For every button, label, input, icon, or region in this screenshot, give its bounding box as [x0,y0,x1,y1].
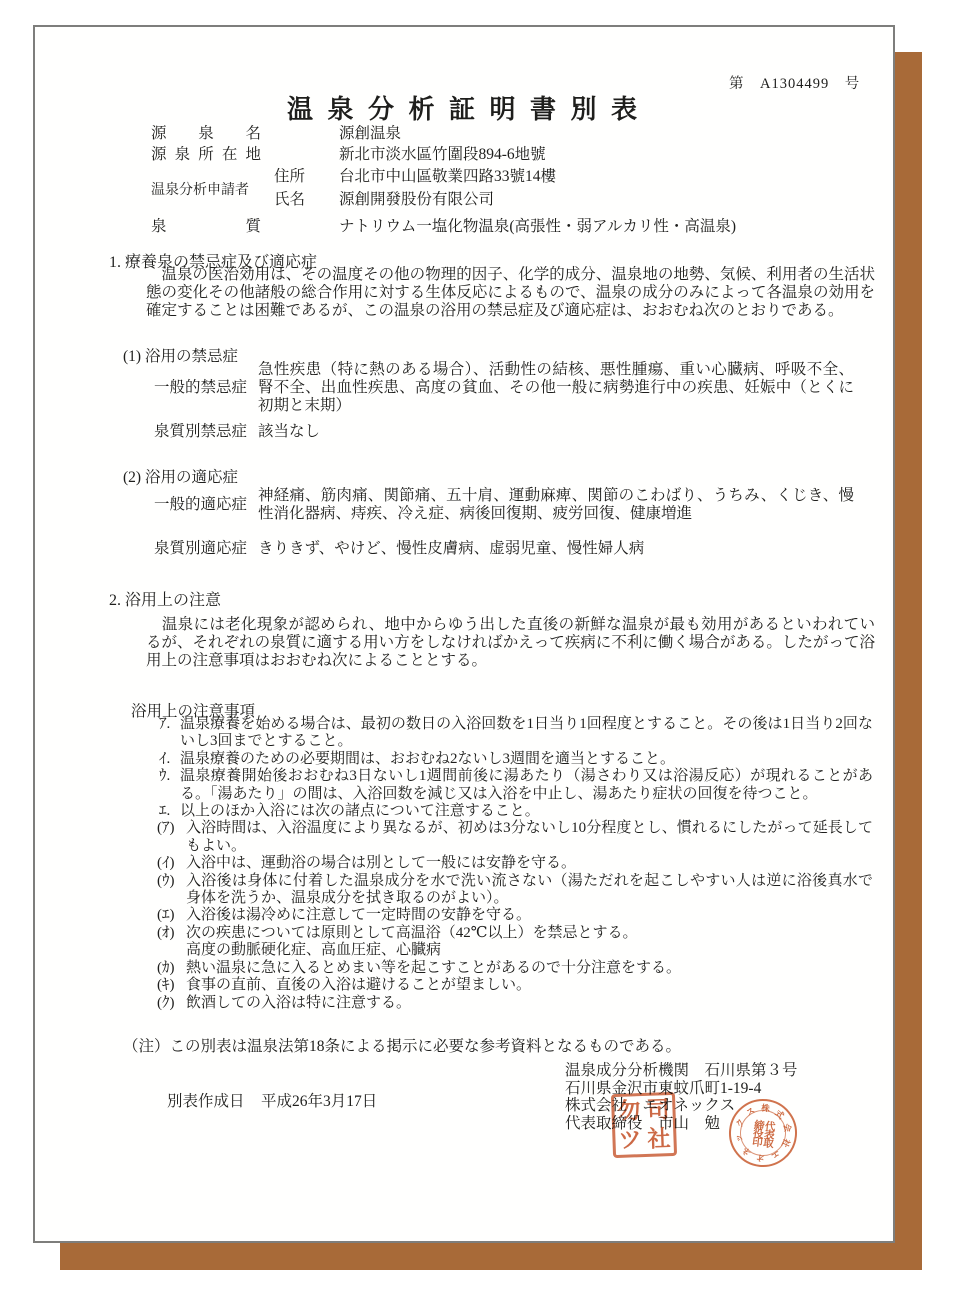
seal-glyph: 勿 [617,1098,641,1125]
created-date-row: 別表作成日 平成26年3月17日 [167,1089,377,1111]
item-text: 入浴後は身体に付着した温泉成分を水で洗い流さない（湯ただれを起こしやすい人は逆に… [186,873,873,908]
item-text: 次の疾患については原則として高温浴（42℃以上）を禁忌とする。 [186,925,873,942]
agency-address: 石川県金沢市東蚊爪町1-19-4 [565,1080,798,1098]
applicant-rows: 住所 台北市中山區敬業四路33號14樓 氏名 源創開發股份有限公司 [274,168,556,214]
item-marker: (ｶ) [157,960,186,977]
spring-quality-value: ナトリウム一塩化物温泉(高張性・弱アルカリ性・高温泉) [339,218,736,236]
general-indications-row: 一般的適応症 神経痛、筋肉痛、関節痛、五十肩、運動麻痺、関節のこわばり、うちみ、… [154,487,854,523]
list-item: (ｸ)飲酒しての入浴は特に注意する。 [157,995,873,1012]
item-text: 温泉療養開始後おおむね3日ないし1週間前後に湯あたり（湯さわり又は浴湯反応）が現… [180,768,873,803]
list-item: ｴ.以上のほか入浴には次の諸点について注意すること。 [159,803,873,820]
company-square-seal: 勿 司 ツ 社 [611,1092,677,1158]
list-item: ｱ.温泉療養を始める場合は、最初の数日の入浴回数を1日当り1回程度とすること。そ… [159,716,873,751]
item-text: 熱い温泉に急に入るとめまい等を起こすことがあるので十分注意をする。 [186,960,873,977]
notes-list: ｱ.温泉療養を始める場合は、最初の数日の入浴回数を1日当り1回程度とすること。そ… [159,716,873,1012]
general-indications-text: 神経痛、筋肉痛、関節痛、五十肩、運動麻痺、関節のこわばり、うちみ、くじき、慢性消… [258,487,854,523]
item-marker: ｴ. [159,803,180,820]
quality-indications-text: きりきず、やけど、慢性皮膚病、虚弱児童、慢性婦人病 [258,540,854,558]
spring-quality-label: 泉質 [151,218,261,236]
item-marker: (ｸ) [157,995,186,1012]
quality-contraindications-text: 該当なし [258,423,854,441]
list-item: (ｱ)入浴時間は、入浴温度により異なるが、初めは3分ないし10分程度とし、慣れる… [157,820,873,855]
section2-heading: 2. 浴用上の注意 [109,587,221,610]
item-marker: ｱ. [159,716,180,751]
item-marker: ｳ. [159,768,180,803]
name-value: 源創開發股份有限公司 [339,191,494,209]
agency-line: 温泉成分分析機関 石川県第３号 [565,1062,798,1080]
item-text: 飲酒しての入浴は特に注意する。 [186,995,873,1012]
item-marker: (ｲ) [157,855,186,872]
list-item: (ｵ)次の疾患については原則として高温浴（42℃以上）を禁忌とする。 [157,925,873,942]
created-date-value: 平成26年3月17日 [261,1089,377,1111]
sub2-heading: (2) 浴用の適応症 [123,465,238,487]
general-indications-label: 一般的適応症 [154,496,258,514]
applicant-group: 温泉分析申請者 住所 台北市中山區敬業四路33號14樓 氏名 源創開發股份有限公… [151,168,736,214]
item-marker: (ｵ) [157,925,186,942]
source-name-value: 源創温泉 [339,125,401,143]
item-text: 入浴中は、運動浴の場合は別として一般には安静を守る。 [186,855,873,872]
note-line: （注）この別表は温泉法第18条による掲示に必要な参考資料となるものである。 [123,1034,681,1056]
item-text: 入浴時間は、入浴温度により異なるが、初めは3分ないし10分程度とし、慣れるにした… [186,820,873,855]
list-item: (ｴ)入浴後は湯冷めに注意して一定時間の安静を守る。 [157,907,873,924]
section2-intro: 温泉には老化現象が認められ、地中からゆう出した直後の新鮮な温泉が最も効用があると… [146,616,875,670]
quality-indications-label: 泉質別適応症 [154,540,258,558]
item-marker: (ｳ) [157,873,186,908]
address-value: 台北市中山區敬業四路33號14樓 [339,168,556,186]
page-title: 温 泉 分 析 証 明 書 別 表 [35,89,893,126]
general-contraindications-row: 一般的禁忌症 急性疾患（特に熱のある場合）、活動性の結核、悪性腫瘍、重い心臓病、… [154,361,854,415]
source-location-label: 源泉所在地 [151,146,261,164]
seal-glyph: 社 [647,1126,671,1153]
seal-glyph: ツ [618,1127,642,1154]
section1-intro: 温泉の医治効用は、その温度その他の物理的因子、化学的成分、温泉地の地勢、気候、利… [146,266,875,320]
applicant-name-row: 氏名 源創開發股份有限公司 [274,191,556,209]
applicant-address-row: 住所 台北市中山區敬業四路33號14樓 [274,168,556,186]
quality-contraindications-row: 泉質別禁忌症 該当なし [154,423,854,441]
item-text: 入浴後は湯冷めに注意して一定時間の安静を守る。 [186,907,873,924]
created-date-label: 別表作成日 [167,1089,245,1111]
item-marker: ｲ. [159,751,180,768]
source-location-value: 新北市淡水區竹圍段894-6地號 [339,146,546,164]
quality-contraindications-label: 泉質別禁忌症 [154,423,258,441]
general-contraindications-text: 急性疾患（特に熱のある場合）、活動性の結核、悪性腫瘍、重い心臓病、呼吸不全、腎不… [258,361,854,415]
seal-center-text: 代表取 締役印 [728,1098,798,1168]
item-text: 食事の直前、直後の入浴は避けることが望ましい。 [186,977,873,994]
list-item: ｳ.温泉療養開始後おおむね3日ないし1週間前後に湯あたり（湯さわり又は浴湯反応）… [159,768,873,803]
seal-center-column: 代表取 [762,1120,776,1147]
spring-quality-row: 泉質 ナトリウム一塩化物温泉(高張性・弱アルカリ性・高温泉) [151,218,736,236]
address-label: 住所 [274,168,339,186]
quality-indications-row: 泉質別適応症 きりきず、やけど、慢性皮膚病、虚弱児童、慢性婦人病 [154,540,854,558]
item-subtext: 高度の動脈硬化症、高血圧症、心臓病 [186,942,873,959]
item-marker: (ｱ) [157,820,186,855]
applicant-label: 温泉分析申請者 [151,182,261,200]
certificate-sheet: 第 A1304499 号 温 泉 分 析 証 明 書 別 表 源泉名 源創温泉 … [33,25,895,1243]
name-label: 氏名 [274,191,339,209]
item-text: 温泉療養を始める場合は、最初の数日の入浴回数を1日当り1回程度とすること。その後… [180,716,873,751]
representative-round-seal: 株 式 会 社 エ オ ネ ッ ク ス 代表取 締役印 [726,1096,801,1171]
list-item: ｲ.温泉療養のための必要期間は、おおむね2ないし3週間を適当とすること。 [159,751,873,768]
source-name-row: 源泉名 源創温泉 [151,125,736,143]
list-item: (ｷ)食事の直前、直後の入浴は避けることが望ましい。 [157,977,873,994]
item-marker: (ｴ) [157,907,186,924]
source-location-row: 源泉所在地 新北市淡水區竹圍段894-6地號 [151,146,736,164]
item-text: 温泉療養のための必要期間は、おおむね2ないし3週間を適当とすること。 [180,751,873,768]
item-marker: (ｷ) [157,977,186,994]
source-info-block: 源泉名 源創温泉 源泉所在地 新北市淡水區竹圍段894-6地號 温泉分析申請者 … [151,125,736,239]
source-name-label: 源泉名 [151,125,261,143]
list-item: (ｳ)入浴後は身体に付着した温泉成分を水で洗い流さない（湯ただれを起こしやすい人… [157,873,873,908]
seal-glyph: 司 [646,1097,670,1124]
general-contraindications-label: 一般的禁忌症 [154,379,258,397]
item-text: 以上のほか入浴には次の諸点について注意すること。 [180,803,873,820]
list-item: (ｲ)入浴中は、運動浴の場合は別として一般には安静を守る。 [157,855,873,872]
list-item: (ｶ)熱い温泉に急に入るとめまい等を起こすことがあるので十分注意をする。 [157,960,873,977]
